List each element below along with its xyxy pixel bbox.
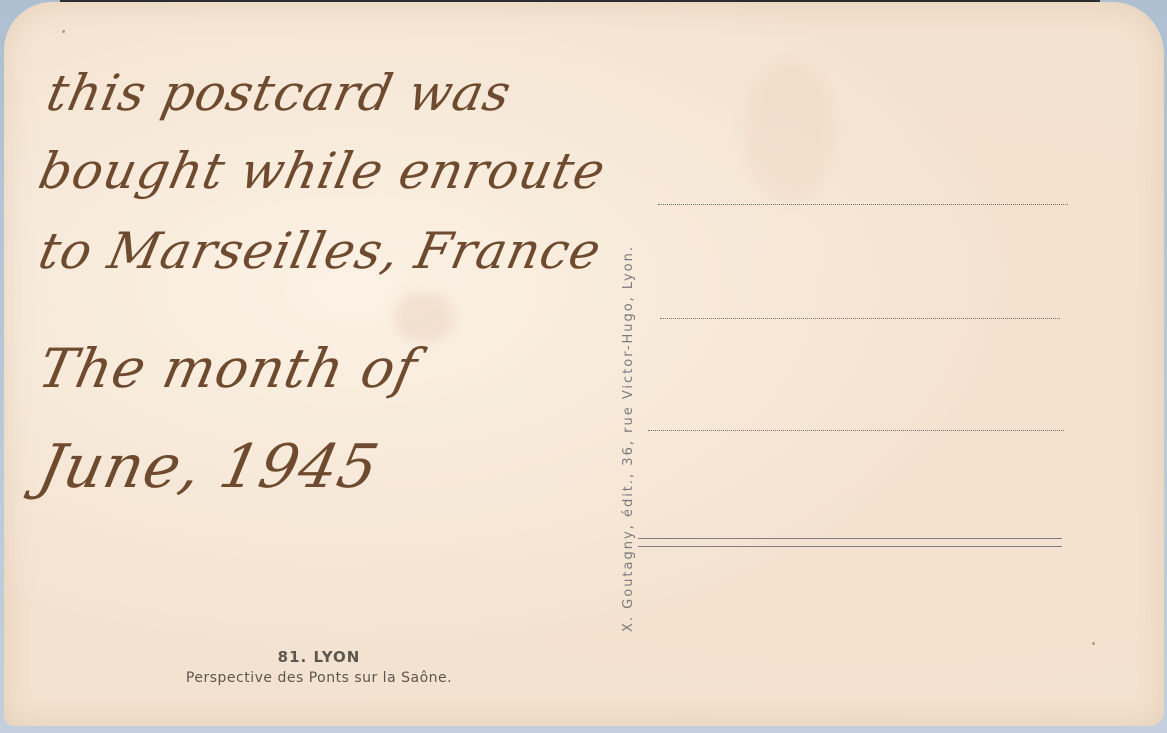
handwriting-line-4: The month of [33,337,423,400]
handwriting-line-3: to Marseilles, France [34,222,607,280]
postcard-back: this postcard was bought while enroute t… [4,2,1164,726]
handwritten-note: this postcard was bought while enroute t… [4,2,644,602]
address-line-1 [658,204,1068,205]
address-line-4b [638,546,1062,547]
handwriting-line-1: this postcard was [42,64,517,122]
handwriting-line-5: June, 1945 [33,432,386,502]
address-line-3 [648,430,1064,431]
paper-stain [744,62,834,202]
scan-background: this postcard was bought while enroute t… [0,0,1167,733]
caption-subtitle: Perspective des Ponts sur la Saône. [119,670,519,686]
paper-speck [1092,642,1095,645]
publisher-imprint: X. Goutagny, édit., 36, rue Victor-Hugo,… [621,245,636,632]
handwriting-line-2: bought while enroute [34,142,611,200]
printed-caption: 81. LYON Perspective des Ponts sur la Sa… [119,648,519,686]
address-line-2 [660,318,1060,319]
address-line-4a [638,538,1062,539]
caption-title: 81. LYON [119,648,519,666]
